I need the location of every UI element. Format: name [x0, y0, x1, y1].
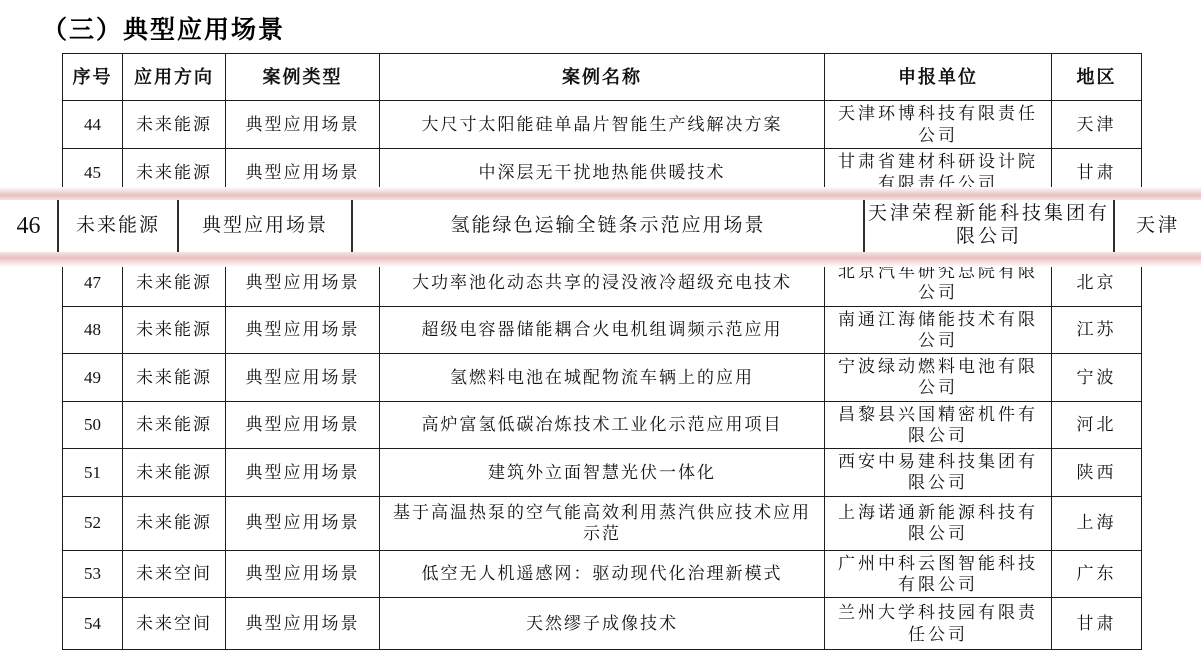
highlight-cell-name: 氢能绿色运输全链条示范应用场景: [353, 200, 865, 252]
cell-org: 宁波绿动燃料电池有限公司: [825, 354, 1052, 402]
cell-no: 54: [63, 598, 123, 650]
cell-name: 建筑外立面智慧光伏一体化: [380, 449, 825, 497]
cell-type: 典型应用场景: [226, 598, 380, 650]
cell-type: 典型应用场景: [226, 496, 380, 550]
table-row: 49 未来能源 典型应用场景 氢燃料电池在城配物流车辆上的应用 宁波绿动燃料电池…: [63, 354, 1142, 402]
cell-direction: 未来能源: [123, 401, 226, 449]
table-row: 50 未来能源 典型应用场景 高炉富氢低碳冶炼技术工业化示范应用项目 昌黎县兴国…: [63, 401, 1142, 449]
cell-direction: 未来空间: [123, 550, 226, 598]
highlighted-row-overlay: 46 未来能源 典型应用场景 氢能绿色运输全链条示范应用场景 天津荣程新能科技集…: [0, 187, 1201, 267]
cell-no: 52: [63, 496, 123, 550]
cell-direction: 未来能源: [123, 354, 226, 402]
highlight-cell-region: 天津: [1115, 200, 1201, 252]
cell-org: 南通江海储能技术有限公司: [825, 306, 1052, 354]
cell-org: 广州中科云图智能科技有限公司: [825, 550, 1052, 598]
cell-org: 昌黎县兴国精密机件有限公司: [825, 401, 1052, 449]
cell-name: 超级电容器储能耦合火电机组调频示范应用: [380, 306, 825, 354]
table-row: 52 未来能源 典型应用场景 基于高温热泵的空气能高效利用蒸汽供应技术应用示范 …: [63, 496, 1142, 550]
header-cell-name: 案例名称: [380, 54, 825, 101]
cell-no: 49: [63, 354, 123, 402]
highlighted-row: 46 未来能源 典型应用场景 氢能绿色运输全链条示范应用场景 天津荣程新能科技集…: [0, 200, 1201, 252]
cell-no: 53: [63, 550, 123, 598]
header-cell-no: 序号: [63, 54, 123, 101]
header-cell-region: 地区: [1052, 54, 1142, 101]
cell-region: 天津: [1052, 101, 1142, 149]
table-row: 54 未来空间 典型应用场景 天然缪子成像技术 兰州大学科技园有限责任公司 甘肃: [63, 598, 1142, 650]
highlight-glow-top: [0, 187, 1201, 200]
cell-no: 44: [63, 101, 123, 149]
cell-type: 典型应用场景: [226, 550, 380, 598]
cell-type: 典型应用场景: [226, 449, 380, 497]
cases-table: 序号 应用方向 案例类型 案例名称 申报单位 地区 44 未来能源 典型应用场景…: [62, 53, 1142, 650]
header-cell-org: 申报单位: [825, 54, 1052, 101]
table-row: 48 未来能源 典型应用场景 超级电容器储能耦合火电机组调频示范应用 南通江海储…: [63, 306, 1142, 354]
cell-org: 天津环博科技有限责任公司: [825, 101, 1052, 149]
document-page: （三）典型应用场景 序号 应用方向 案例类型 案例名称 申报单位 地区 44 未…: [0, 0, 1201, 658]
cell-org: 西安中易建科技集团有限公司: [825, 449, 1052, 497]
cell-region: 上海: [1052, 496, 1142, 550]
table-row: 53 未来空间 典型应用场景 低空无人机遥感网：驱动现代化治理新模式 广州中科云…: [63, 550, 1142, 598]
cell-org: 上海诺通新能源科技有限公司: [825, 496, 1052, 550]
header-cell-direction: 应用方向: [123, 54, 226, 101]
highlight-cell-direction: 未来能源: [59, 200, 179, 252]
cell-type: 典型应用场景: [226, 401, 380, 449]
cell-name: 大尺寸太阳能硅单晶片智能生产线解决方案: [380, 101, 825, 149]
header-cell-type: 案例类型: [226, 54, 380, 101]
cell-no: 48: [63, 306, 123, 354]
cell-direction: 未来空间: [123, 598, 226, 650]
cell-region: 广东: [1052, 550, 1142, 598]
cell-region: 宁波: [1052, 354, 1142, 402]
highlight-cell-type: 典型应用场景: [179, 200, 353, 252]
highlight-cell-org: 天津荣程新能科技集团有限公司: [865, 200, 1115, 252]
cell-type: 典型应用场景: [226, 354, 380, 402]
cell-region: 甘肃: [1052, 598, 1142, 650]
cell-type: 典型应用场景: [226, 306, 380, 354]
cell-name: 高炉富氢低碳冶炼技术工业化示范应用项目: [380, 401, 825, 449]
cell-type: 典型应用场景: [226, 101, 380, 149]
highlight-glow-bottom: [0, 252, 1201, 267]
cell-no: 50: [63, 401, 123, 449]
cell-org: 兰州大学科技园有限责任公司: [825, 598, 1052, 650]
cell-region: 江苏: [1052, 306, 1142, 354]
cell-direction: 未来能源: [123, 306, 226, 354]
cell-name: 基于高温热泵的空气能高效利用蒸汽供应技术应用示范: [380, 496, 825, 550]
cell-direction: 未来能源: [123, 449, 226, 497]
cell-name: 低空无人机遥感网：驱动现代化治理新模式: [380, 550, 825, 598]
cell-region: 陕西: [1052, 449, 1142, 497]
highlight-cell-no: 46: [0, 200, 59, 252]
table-header-row: 序号 应用方向 案例类型 案例名称 申报单位 地区: [63, 54, 1142, 101]
cell-direction: 未来能源: [123, 496, 226, 550]
cell-name: 天然缪子成像技术: [380, 598, 825, 650]
section-title: （三）典型应用场景: [42, 10, 285, 46]
cell-name: 氢燃料电池在城配物流车辆上的应用: [380, 354, 825, 402]
cell-direction: 未来能源: [123, 101, 226, 149]
cell-no: 51: [63, 449, 123, 497]
table-row: 44 未来能源 典型应用场景 大尺寸太阳能硅单晶片智能生产线解决方案 天津环博科…: [63, 101, 1142, 149]
table-row: 51 未来能源 典型应用场景 建筑外立面智慧光伏一体化 西安中易建科技集团有限公…: [63, 449, 1142, 497]
cell-region: 河北: [1052, 401, 1142, 449]
